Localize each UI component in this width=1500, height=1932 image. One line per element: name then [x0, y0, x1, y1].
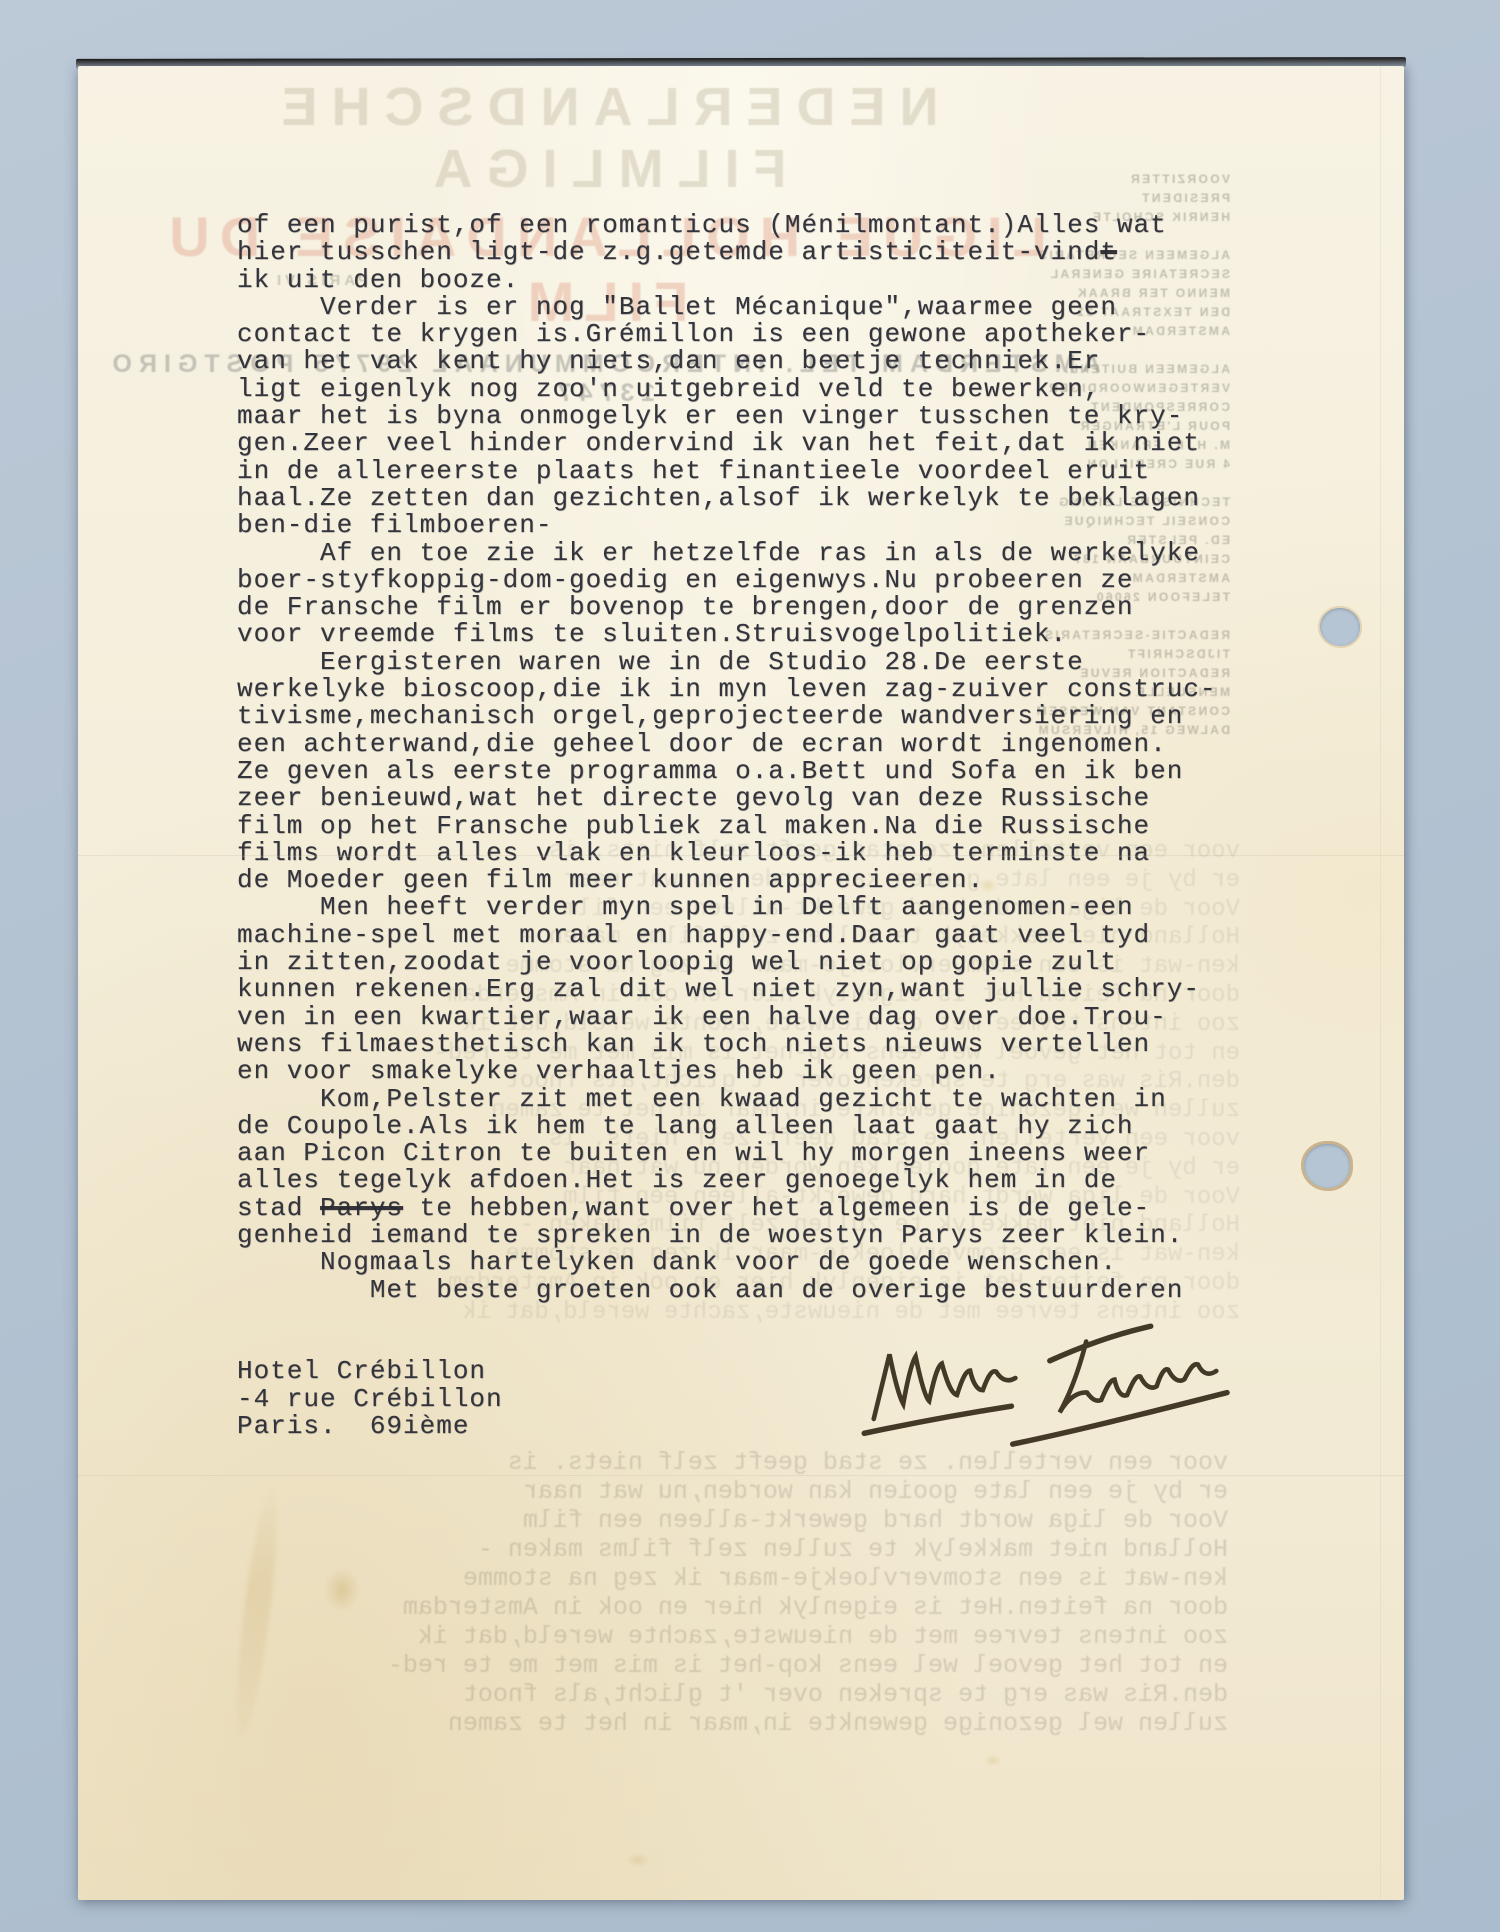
- typed-line: aan Picon Citron te buiten en wil hy mor…: [237, 1140, 1297, 1167]
- typed-line: wens filmaesthetisch kan ik toch niets n…: [237, 1031, 1297, 1058]
- typed-line: contact te krygen is.Grémillon is een ge…: [237, 321, 1297, 348]
- typed-line: de Fransche film er bovenop te brengen,d…: [237, 594, 1297, 621]
- typed-line: haal.Ze zetten dan gezichten,alsof ik we…: [237, 485, 1297, 512]
- fold-crease-lower: [78, 1475, 1404, 1477]
- typed-line: Verder is er nog "Ballet Mécanique",waar…: [237, 294, 1297, 321]
- typed-line: een achterwand,die geheel door de ecran …: [237, 731, 1297, 758]
- bleedthrough-column-line: VOORZITTER: [1040, 170, 1230, 189]
- typed-line: de Moeder geen film meer kunnen apprecie…: [237, 867, 1297, 894]
- bleedthrough-bottom-text: voor een vertellen. ze stad geeft zelf n…: [228, 1448, 1228, 1738]
- typed-line: Kom,Pelster zit met een kwaad gezicht te…: [237, 1086, 1297, 1113]
- bleedthrough-text-line: er by je een late gooien kan worden,nu w…: [228, 1477, 1228, 1506]
- signature-ink-strokes: [850, 1306, 1295, 1481]
- bleedthrough-text-line: zullen wel gezonige gewenkte in,maar in …: [228, 1709, 1228, 1738]
- bleedthrough-text-line: en tot het gevoel wel eens kop-het is mi…: [228, 1651, 1228, 1680]
- typed-line: alles tegelyk afdoen.Het is zeer genoege…: [237, 1167, 1297, 1194]
- typed-line: films wordt alles vlak en kleurloos-ik h…: [237, 840, 1297, 867]
- typed-line: hier tusschen ligt-de z.g.getemde artist…: [237, 239, 1297, 266]
- typed-line: en voor smakelyke verhaaltjes heb ik gee…: [237, 1058, 1297, 1085]
- typed-line: Af en toe zie ik er hetzelfde ras in als…: [237, 540, 1297, 567]
- letter-paper: NEDERLANDSCHE FILMLIGA LIGUE HOLLANDAISE…: [78, 66, 1404, 1900]
- typed-line: machine-spel met moraal en happy-end.Daa…: [237, 922, 1297, 949]
- typed-line: stad Parys te hebben,want over het algem…: [237, 1195, 1297, 1222]
- typed-line: ben-die filmboeren-: [237, 512, 1297, 539]
- bleedthrough-text-line: zoo intens tevree met de nieuwste,zachte…: [228, 1622, 1228, 1651]
- struck-text: t: [1100, 237, 1117, 267]
- fold-crease-upper: [78, 855, 1404, 857]
- typed-letter-body: of een purist,of een romanticus (Ménilmo…: [237, 212, 1297, 1440]
- punch-hole-bottom: [1304, 1144, 1350, 1188]
- bleedthrough-letterhead-line1: NEDERLANDSCHE FILMLIGA: [88, 76, 1118, 200]
- typed-line: voor vreemde films te sluiten.Struisvoge…: [237, 621, 1297, 648]
- typed-line: werkelyke bioscoop,die ik in myn leven z…: [237, 676, 1297, 703]
- bleedthrough-text-line: den.Ris was erg te spreken over 't glich…: [228, 1680, 1228, 1709]
- typed-line: de Coupole.Als ik hem te lang alleen laa…: [237, 1113, 1297, 1140]
- typed-line: tivisme,mechanisch orgel,geprojecteerde …: [237, 703, 1297, 730]
- struck-text: Parys: [320, 1193, 403, 1223]
- punch-hole-top: [1320, 608, 1360, 646]
- paper-stain-spot: [626, 1852, 650, 1868]
- typed-line: ven in een kwartier,waar ik een halve da…: [237, 1004, 1297, 1031]
- typed-line: of een purist,of een romanticus (Ménilmo…: [237, 212, 1297, 239]
- typed-line: ik uit den booze.: [237, 267, 1297, 294]
- bleedthrough-text-line: ken-wat is een stomvervloekje-maar ik ze…: [228, 1564, 1228, 1593]
- bleedthrough-text-line: Holland niet makkelyk te zullen zelf fil…: [228, 1535, 1228, 1564]
- paper-stain-spot: [984, 1754, 1002, 1767]
- typed-line: kunnen rekenen.Erg zal dit wel niet zyn,…: [237, 976, 1297, 1003]
- typed-line: Ze geven als eerste programma o.a.Bett u…: [237, 758, 1297, 785]
- fold-crease-vertical: [1380, 66, 1382, 1900]
- typed-line: film op het Fransche publiek zal maken.N…: [237, 813, 1297, 840]
- typed-line: maar het is byna onmogelyk er een vinger…: [237, 403, 1297, 430]
- scanned-letter-screenshot: { "document_type": "typewritten letter s…: [0, 0, 1500, 1932]
- typed-line: genheid iemand te spreken in de woestyn …: [237, 1222, 1297, 1249]
- bleedthrough-text-line: door na feiten.Het is eigenlyk hier en o…: [228, 1593, 1228, 1622]
- typed-line: gen.Zeer veel hinder ondervind ik van he…: [237, 430, 1297, 457]
- typed-line: Nogmaals hartelyken dank voor de goede w…: [237, 1249, 1297, 1276]
- typed-line: Men heeft verder myn spel in Delft aange…: [237, 894, 1297, 921]
- typed-line: Eergisteren waren we in de Studio 28.De …: [237, 649, 1297, 676]
- bleedthrough-text-line: Voor de liga wordt hard gewerkt-alleen e…: [228, 1506, 1228, 1535]
- typed-line: Met beste groeten ook aan de overige bes…: [237, 1277, 1297, 1304]
- typed-line: ligt eigenlyk nog zoo'n uitgebreid veld …: [237, 376, 1297, 403]
- typed-line: boer-styfkoppig-dom-goedig en eigenwys.N…: [237, 567, 1297, 594]
- signature-mannus-franken: [850, 1306, 1295, 1481]
- typed-line: zeer benieuwd,wat het directe gevolg van…: [237, 785, 1297, 812]
- typed-line: in de allereerste plaats het finantieele…: [237, 458, 1297, 485]
- typed-line: van het vak kent hy niets,dan een beetje…: [237, 348, 1297, 375]
- typed-line: in zitten,zoodat je voorloopig wel niet …: [237, 949, 1297, 976]
- bleedthrough-column-line: PRESIDENT: [1040, 189, 1230, 208]
